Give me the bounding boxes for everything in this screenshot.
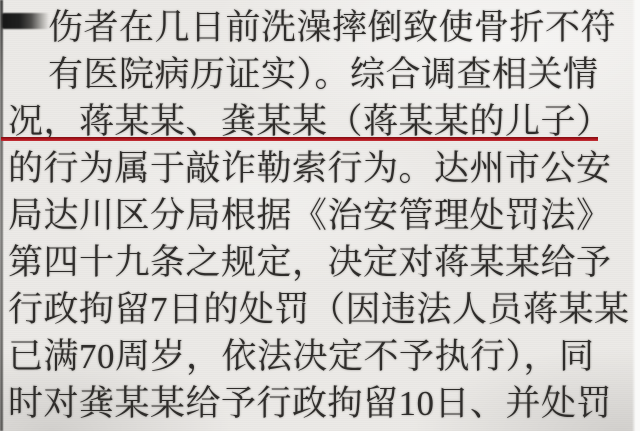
document-line: 有医院病历证实）。综合调查相关情 (0, 51, 640, 98)
document-line: 局达川区分局根据《治安管理处罚法》 (0, 192, 640, 239)
document-line: 的行为属于敲诈勒索行为。达州市公安 (0, 145, 640, 192)
red-underline-annotation (1, 137, 598, 141)
document-line: 行政拘留7日的处罚（因违法人员蒋某某 (0, 286, 640, 333)
document-line: 时对龚某某给予行政拘留10日、并处罚 (0, 380, 640, 427)
document-line: 已满70周岁，依法决定不予执行），同 (0, 333, 640, 380)
document-line: 伤者在几日前洗澡摔倒致使骨折不符 (0, 4, 640, 51)
video-frame: 伤者在几日前洗澡摔倒致使骨折不符 有医院病历证实）。综合调查相关情 况，蒋某某、… (0, 0, 640, 431)
document-line: 第四十九条之规定，决定对蒋某某给予 (0, 239, 640, 286)
document-text: 伤者在几日前洗澡摔倒致使骨折不符 有医院病历证实）。综合调查相关情 况，蒋某某、… (0, 4, 640, 427)
